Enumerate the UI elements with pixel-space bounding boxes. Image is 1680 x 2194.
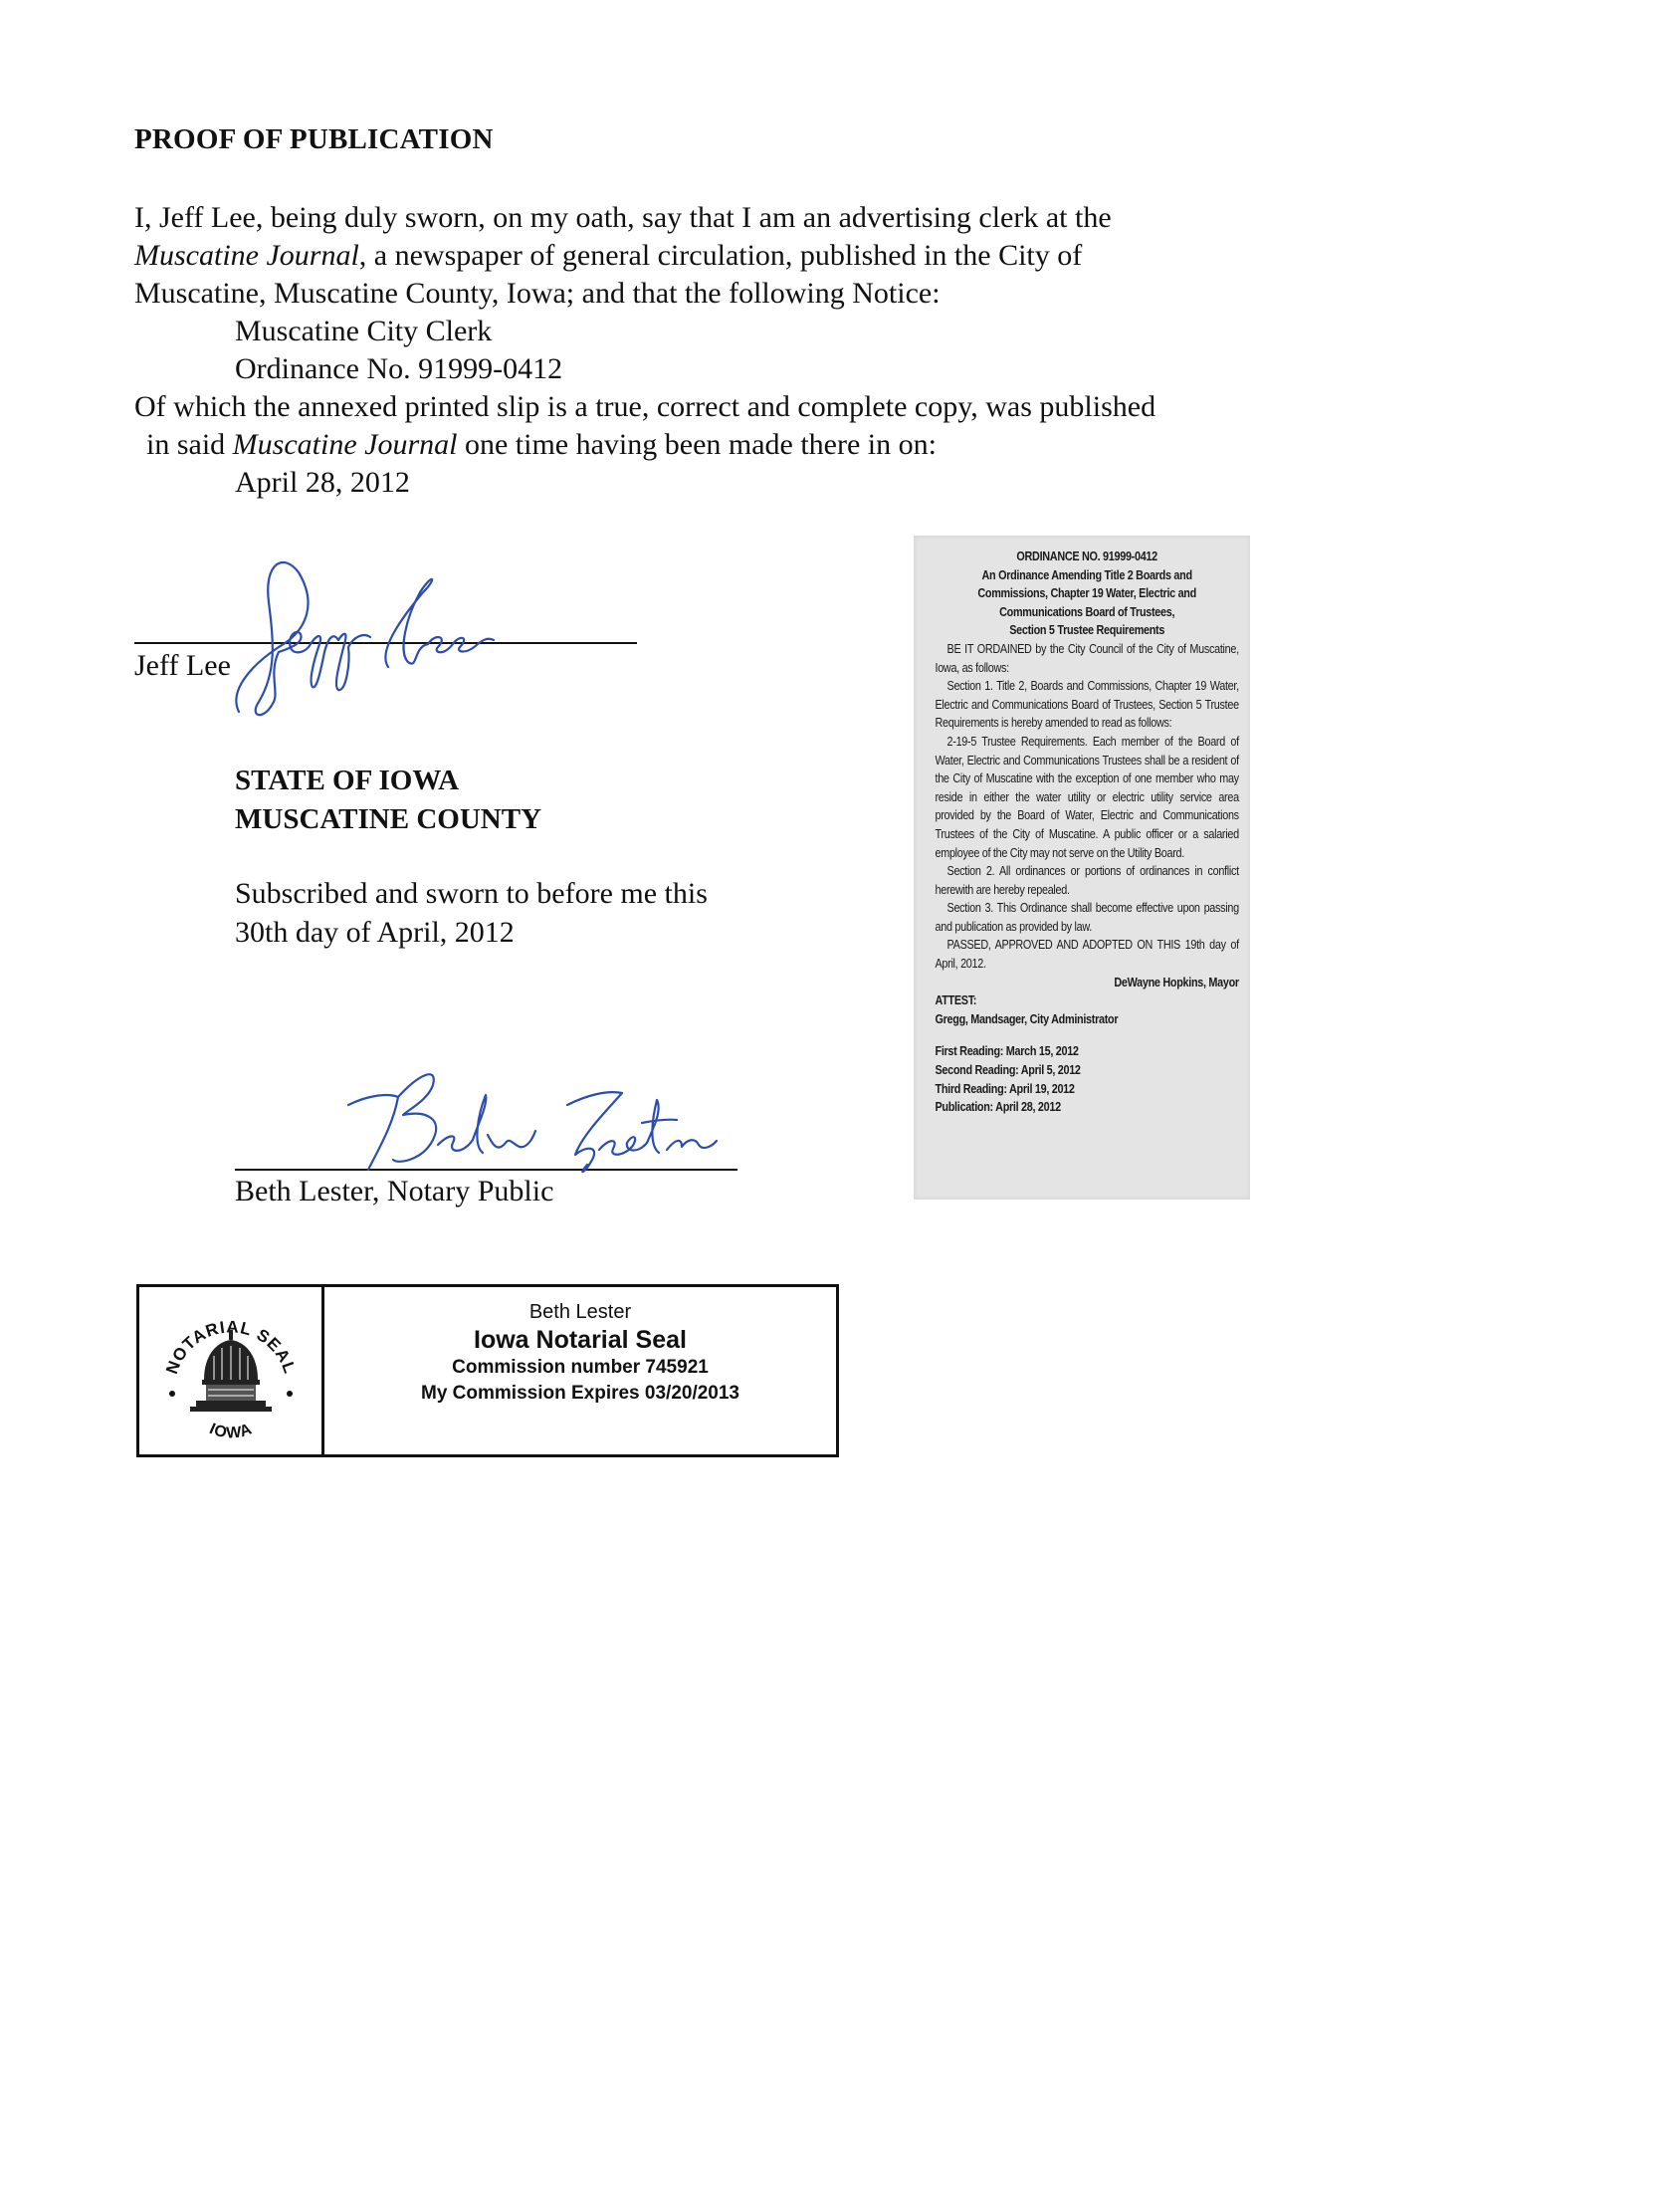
jurat: Subscribed and sworn to before me this 3… [235, 874, 708, 952]
clipping-paragraph: Section 1. Title 2, Boards and Commissio… [936, 677, 1239, 733]
jurat-date: 30th day of April, 2012 [235, 913, 708, 952]
clipping-attest-name: Gregg, Mandsager, City Administrator [936, 1010, 1239, 1029]
clipping-readings: First Reading: March 15, 2012 Second Rea… [936, 1042, 1239, 1116]
affidavit-line-6: Of which the annexed printed slip is a t… [134, 388, 1155, 426]
venue-state: STATE OF IOWA [235, 762, 541, 800]
newspaper-clipping: ORDINANCE NO. 91999-0412 An Ordinance Am… [914, 536, 1250, 1200]
seal-notary-name: Beth Lester [324, 1301, 836, 1324]
clipping-paragraph: 2-19-5 Trustee Requirements. Each member… [936, 733, 1239, 862]
seal-commission-number: Commission number 745921 [324, 1355, 836, 1381]
notice-ordinance-number: Ordinance No. 91999-0412 [134, 350, 1155, 388]
publication-date: April 28, 2012 [134, 464, 1155, 502]
jurat-line-1: Subscribed and sworn to before me this [235, 874, 708, 913]
venue-county: MUSCATINE COUNTY [235, 800, 541, 839]
newspaper-name: Muscatine Journal [233, 428, 458, 461]
affidavit-line-7: in said Muscatine Journal one time havin… [134, 426, 1155, 464]
notice-publisher: Muscatine City Clerk [134, 313, 1155, 350]
affidavit-line-2: Muscatine Journal, a newspaper of genera… [134, 237, 1155, 275]
affidavit-line-1: I, Jeff Lee, being duly sworn, on my oat… [134, 199, 1155, 237]
venue: STATE OF IOWA MUSCATINE COUNTY [235, 762, 541, 839]
notary-handwritten-signature [338, 1065, 756, 1185]
clipping-heading: ORDINANCE NO. 91999-0412 An Ordinance Am… [936, 548, 1239, 640]
notarial-seal-stamp: NOTARIAL SEAL IOWA Beth [136, 1284, 839, 1457]
clipping-mayor: DeWayne Hopkins, Mayor [936, 974, 1239, 992]
clipping-paragraph: Section 2. All ordinances or portions of… [936, 862, 1239, 899]
svg-text:IOWA: IOWA [206, 1421, 254, 1442]
clipping-paragraph: BE IT ORDAINED by the City Council of th… [936, 640, 1239, 677]
capitol-dome-icon: NOTARIAL SEAL IOWA [156, 1296, 306, 1445]
seal-expiration: My Commission Expires 03/20/2013 [324, 1381, 836, 1407]
affidavit-text: I, Jeff Lee, being duly sworn, on my oat… [134, 199, 1155, 502]
seal-details: Beth Lester Iowa Notarial Seal Commissio… [324, 1287, 836, 1454]
seal-title: Iowa Notarial Seal [324, 1326, 836, 1355]
clipping-paragraph: PASSED, APPROVED AND ADOPTED ON THIS 19t… [936, 936, 1239, 973]
newspaper-name: Muscatine Journal [134, 239, 359, 272]
seal-emblem: NOTARIAL SEAL IOWA [139, 1287, 324, 1454]
clipping-attest-label: ATTEST: [936, 991, 1239, 1010]
affiant-handwritten-signature [239, 552, 567, 727]
document-title: PROOF OF PUBLICATION [134, 123, 494, 156]
affidavit-line-3: Muscatine, Muscatine County, Iowa; and t… [134, 275, 1155, 313]
clipping-paragraph: Section 3. This Ordinance shall become e… [936, 899, 1239, 936]
affiant-name: Jeff Lee [134, 649, 231, 683]
